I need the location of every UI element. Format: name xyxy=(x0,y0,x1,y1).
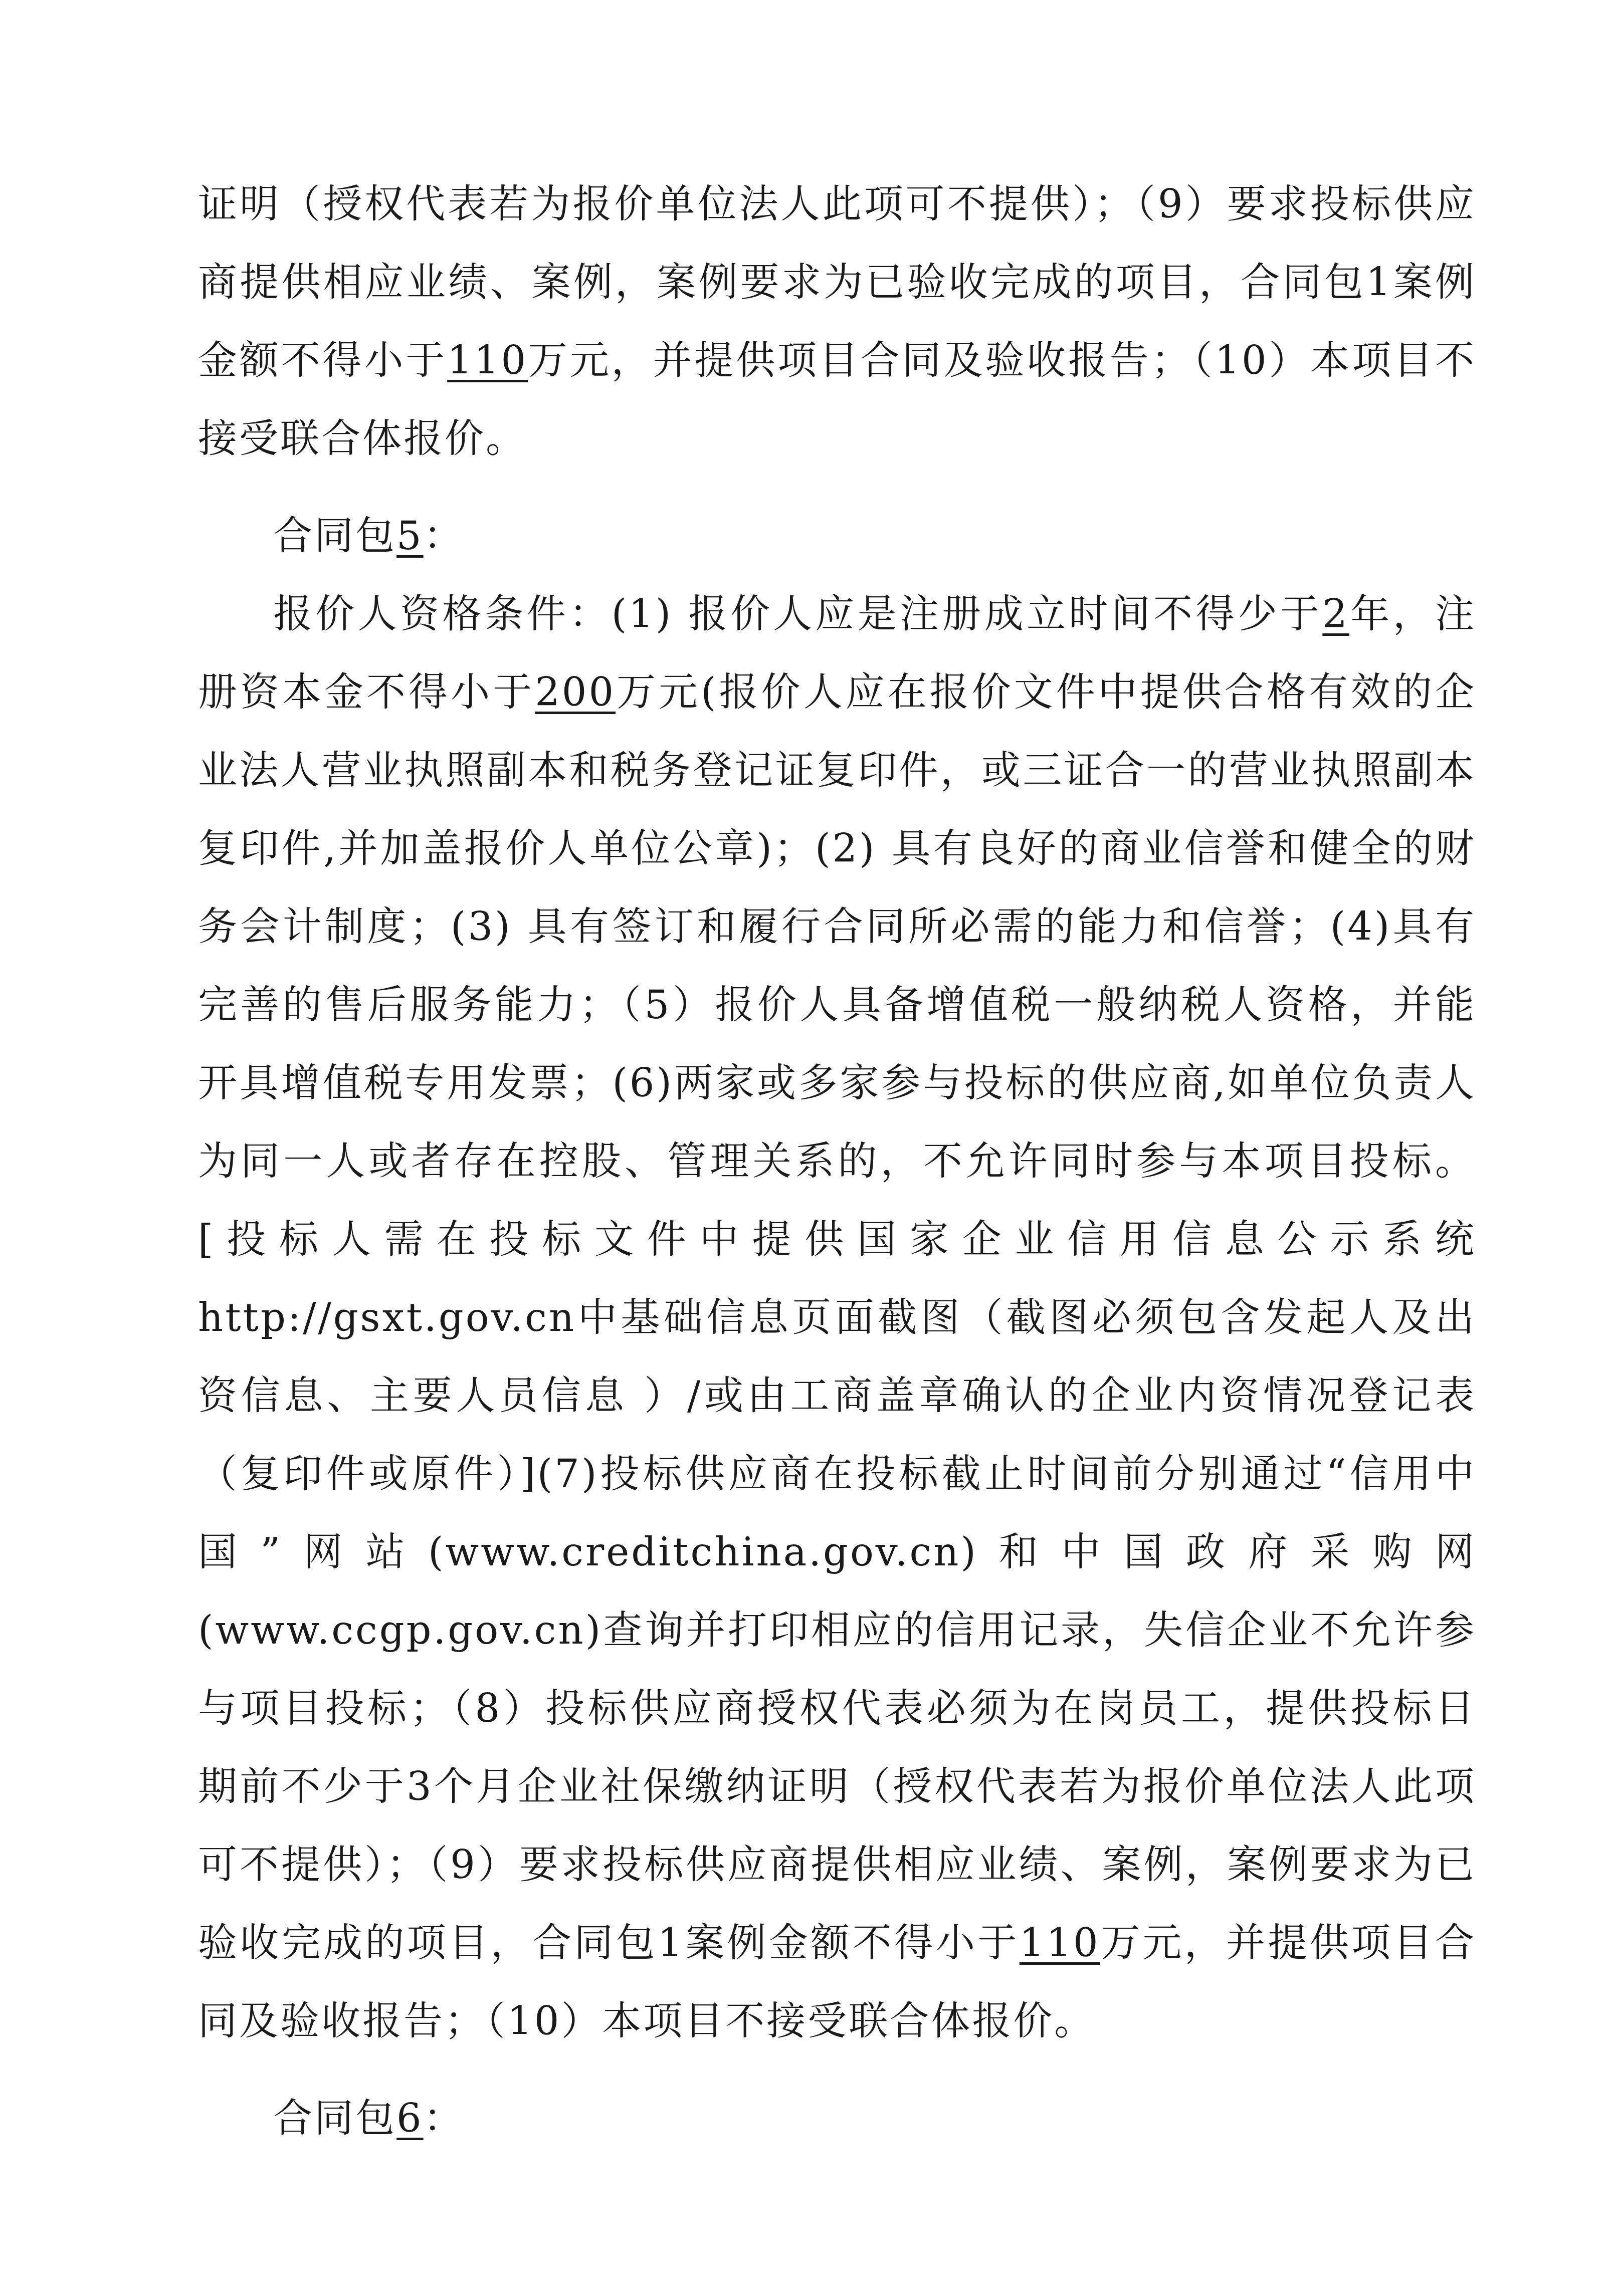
heading-colon: ： xyxy=(424,514,465,559)
capital-value: 200 xyxy=(535,670,616,715)
years-value: 2 xyxy=(1322,592,1349,637)
document-page: 证明（授权代表若为报价单位法人此项可不提供）；（9）要求投标供应商提供相应业绩、… xyxy=(198,165,1476,2158)
package-number: 6 xyxy=(396,2096,424,2141)
heading-label: 合同包 xyxy=(273,514,396,559)
heading-label: 合同包 xyxy=(273,2096,396,2141)
package-number: 5 xyxy=(396,514,424,559)
case-amount-value: 110 xyxy=(1020,1921,1100,1966)
text-segment: 万元(报价人应在报价文件中提供合格有效的企业法人营业执照副本和税务登记证复印件，… xyxy=(198,670,1476,1966)
heading-colon: ： xyxy=(424,2096,465,2141)
package-5-heading: 合同包5： xyxy=(198,497,1476,575)
package-5-qualifications: 报价人资格条件：(1) 报价人应是注册成立时间不得少于2年，注册资本金不得小于2… xyxy=(198,575,1476,2060)
package-6-heading: 合同包6： xyxy=(198,2080,1476,2158)
continued-paragraph: 证明（授权代表若为报价单位法人此项可不提供）；（9）要求投标供应商提供相应业绩、… xyxy=(198,165,1476,478)
text-segment: 报价人资格条件：(1) 报价人应是注册成立时间不得少于 xyxy=(273,592,1322,637)
case-amount-value: 110 xyxy=(447,338,528,383)
